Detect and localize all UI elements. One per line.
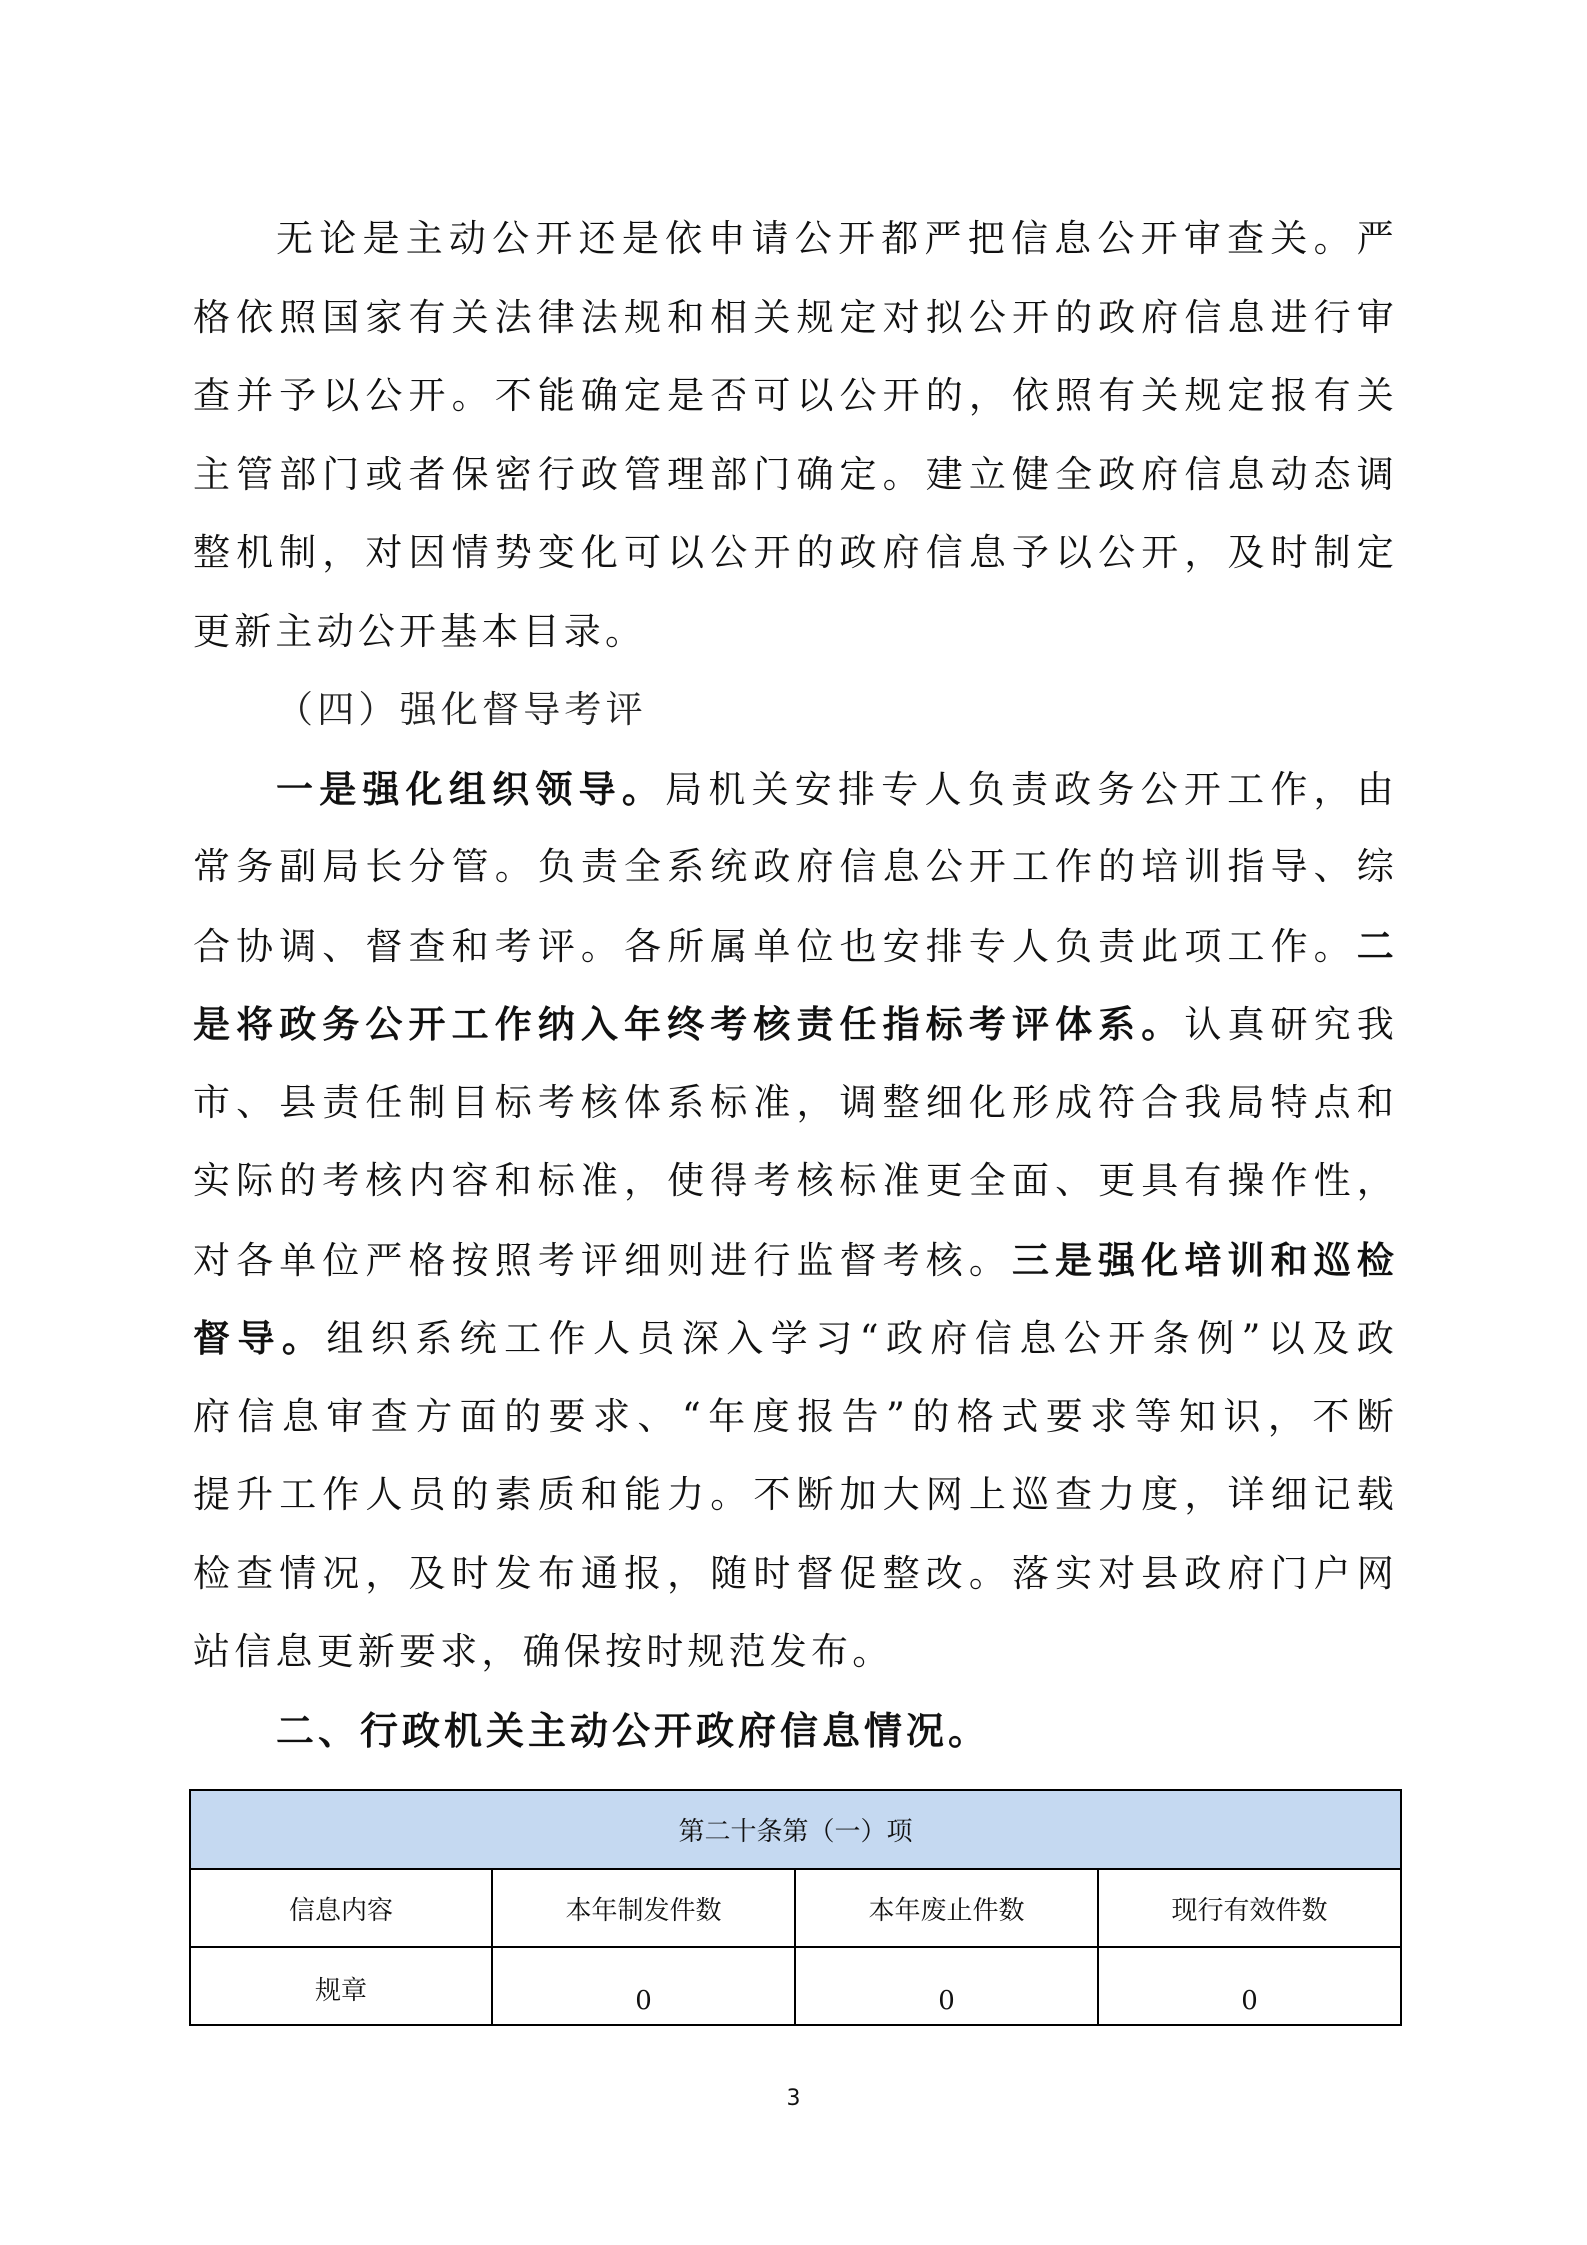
document-page: 无论是主动公开还是依申请公开都严把信息公开审查关。严 格依照国家有关法律法规和相… xyxy=(0,0,1587,2245)
text-line: 整机制，对因情势变化可以公开的政府信息予以公开，及时制定 xyxy=(193,525,1398,581)
cell-valid: 0 xyxy=(1098,1947,1401,2025)
text-run: 局机关安排专人负责政务公开工作，由 xyxy=(665,768,1398,811)
column-header: 本年制发件数 xyxy=(492,1869,795,1947)
text-line: 无论是主动公开还是依申请公开都严把信息公开审查关。严 xyxy=(276,211,1398,267)
section-heading: 二、行政机关主动公开政府信息情况。 xyxy=(276,1703,990,1759)
cell-issued: 0 xyxy=(492,1947,795,2025)
bold-phrase: 二 xyxy=(1357,924,1398,968)
text-line: 站信息更新要求，确保按时规范发布。 xyxy=(193,1624,1398,1680)
table-row: 规章 0 0 0 xyxy=(190,1947,1401,2025)
text-line: 一是强化组织领导。局机关安排专人负责政务公开工作，由 xyxy=(276,761,1398,817)
text-line: 检查情况，及时发布通报，随时督促整改。落实对县政府门户网 xyxy=(193,1546,1398,1602)
page-number: 3 xyxy=(0,2086,1587,2111)
text-line: 督导。组织系统工作人员深入学习“政府信息公开条例”以及政 xyxy=(193,1310,1398,1366)
text-line: 格依照国家有关法律法规和相关规定对拟公开的政府信息进行审 xyxy=(193,290,1398,346)
text-line: 查并予以公开。不能确定是否可以公开的，依照有关规定报有关 xyxy=(193,368,1398,424)
text-line: 合协调、督查和考评。各所属单位也安排专人负责此项工作。二 xyxy=(193,918,1398,974)
text-run: 认真研究我 xyxy=(1184,1003,1398,1046)
text-run: 合协调、督查和考评。各所属单位也安排专人负责此项工作。 xyxy=(193,925,1357,968)
table-title: 第二十条第（一）项 xyxy=(190,1790,1401,1869)
table-header-row: 信息内容 本年制发件数 本年废止件数 现行有效件数 xyxy=(190,1869,1401,1947)
column-header: 信息内容 xyxy=(190,1869,492,1947)
row-label: 规章 xyxy=(190,1947,492,2025)
text-line: 提升工作人员的素质和能力。不断加大网上巡查力度，详细记载 xyxy=(193,1467,1398,1523)
text-line: 主管部门或者保密行政管理部门确定。建立健全政府信息动态调 xyxy=(193,447,1398,503)
text-run: 对各单位严格按照考评细则进行监督考核。 xyxy=(193,1239,1012,1282)
text-line: 府信息审查方面的要求、“年度报告”的格式要求等知识，不断 xyxy=(193,1389,1398,1445)
text-line: 对各单位严格按照考评细则进行监督考核。三是强化培训和巡检 xyxy=(193,1232,1398,1288)
text-line: 是将政务公开工作纳入年终考核责任指标考评体系。认真研究我 xyxy=(193,996,1398,1052)
table-title-row: 第二十条第（一）项 xyxy=(190,1790,1401,1869)
column-header: 现行有效件数 xyxy=(1098,1869,1401,1947)
text-run: 组织系统工作人员深入学习“政府信息公开条例”以及政 xyxy=(326,1317,1398,1360)
bold-phrase: 三是强化培训和巡检 xyxy=(1012,1238,1398,1282)
text-line: 实际的考核内容和标准，使得考核标准更全面、更具有操作性， xyxy=(193,1153,1398,1209)
subheading-supervision: （四）强化督导考评 xyxy=(276,682,647,738)
bold-phrase: 是将政务公开工作纳入年终考核责任指标考评体系。 xyxy=(193,1002,1184,1046)
text-line: 常务副局长分管。负责全系统政府信息公开工作的培训指导、综 xyxy=(193,839,1398,895)
column-header: 本年废止件数 xyxy=(795,1869,1098,1947)
bold-phrase: 一是强化组织领导。 xyxy=(276,767,665,811)
text-line: 更新主动公开基本目录。 xyxy=(193,604,1398,660)
text-line: 市、县责任制目标考核体系标准，调整细化形成符合我局特点和 xyxy=(193,1075,1398,1131)
disclosure-table: 第二十条第（一）项 信息内容 本年制发件数 本年废止件数 现行有效件数 规章 0… xyxy=(189,1789,1402,2026)
bold-phrase: 督导。 xyxy=(193,1316,326,1360)
cell-abolished: 0 xyxy=(795,1947,1098,2025)
